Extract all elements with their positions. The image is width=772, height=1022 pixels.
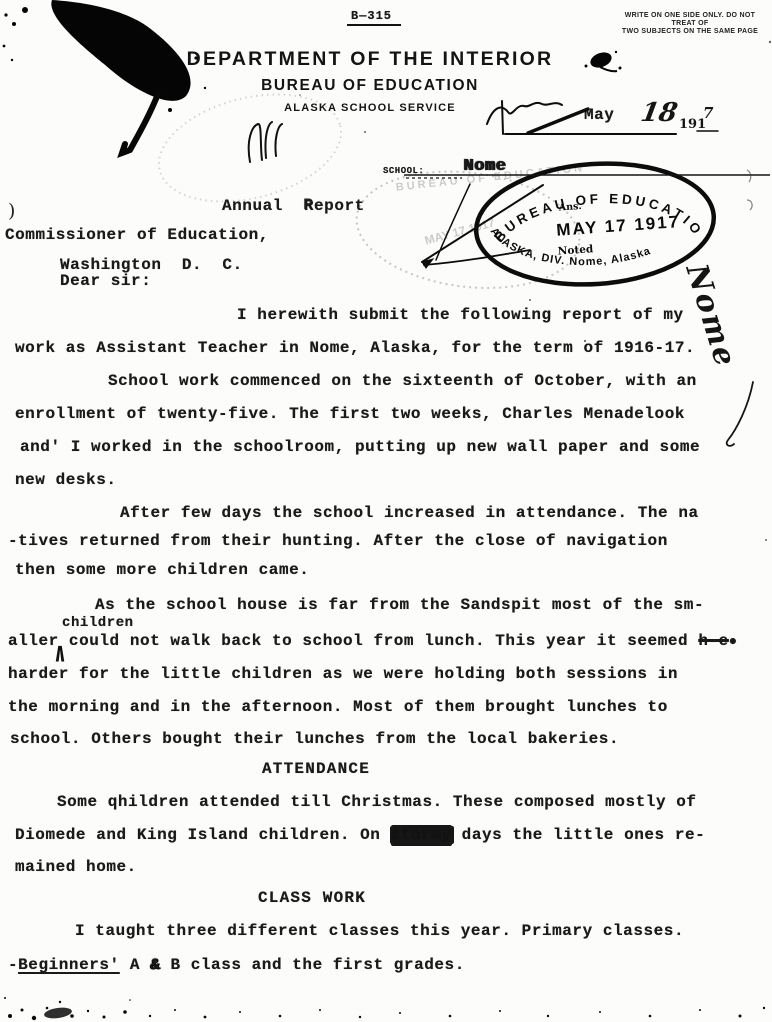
form-number: B—315 <box>351 9 392 23</box>
stamp-ans-text: Ans. <box>557 201 582 214</box>
scanned-letter-page: BUREAU OF EDUCATION MAY 17 1917 B—315 WR… <box>0 0 772 1022</box>
body-line: I herewith submit the following report o… <box>237 306 684 324</box>
body-line-u-fragment: Beginners' <box>18 956 120 974</box>
letterhead-department: DEPARTMENT OF THE INTERIOR <box>0 48 740 71</box>
body-line: harder for the little children as we wer… <box>8 665 678 683</box>
body-line-inked-fragment: & <box>150 956 160 974</box>
body-line: and' I worked in the schoolroom, putting… <box>20 438 700 456</box>
body-line: work as Assistant Teacher in Nome, Alask… <box>15 339 695 357</box>
body-line: -tives returned from their hunting. Afte… <box>8 532 668 550</box>
stray-pen-mark: ) <box>8 200 15 222</box>
body-line: As the school house is far from the Sand… <box>95 596 704 614</box>
body-line-fragment: days the little ones re- <box>452 826 706 844</box>
body-line: new desks. <box>15 471 117 489</box>
body-line: enrollment of twenty-five. The first two… <box>15 405 685 423</box>
body-line-fragment: could not walk back to school from lunch… <box>59 632 699 650</box>
heading-attendance: ATTENDANCE <box>262 760 370 778</box>
margin-note-tail <box>727 382 753 446</box>
body-line-fragment: aller <box>8 632 59 650</box>
letterhead-service: ALASKA SCHOOL SERVICE <box>0 102 740 114</box>
body-line: Diomede and King Island children. On sto… <box>15 826 705 844</box>
body-line: then some more children came. <box>15 561 309 579</box>
school-field-value: Nome <box>463 157 506 176</box>
body-line-fragment: A <box>120 956 150 974</box>
form-instructions: WRITE ON ONE SIDE ONLY. DO NOT TREAT OF … <box>612 12 768 36</box>
body-line: Some qhildren attended till Christmas. T… <box>57 793 697 811</box>
body-line: I taught three different classes this ye… <box>75 922 684 940</box>
body-line-fragment: Diomede and King Island children. On <box>15 826 391 844</box>
date-month: May <box>584 106 614 124</box>
body-line: -Beginners' A & B class and the first gr… <box>8 956 465 974</box>
heading-class-work: CLASS WORK <box>258 889 366 907</box>
form-instruction-line2: TWO SUBJECTS ON THE SAME PAGE <box>612 28 768 36</box>
bottom-scan-noise <box>4 997 765 1020</box>
stamp-date-text: MAY 17 1917 <box>556 212 679 239</box>
addressee-line: Commissioner of Education, <box>5 226 269 244</box>
body-line: the morning and in the afternoon. Most o… <box>8 698 668 716</box>
margin-small-marks <box>747 170 752 210</box>
school-field-label: SCHOOL: <box>383 166 424 176</box>
form-instruction-line1: WRITE ON ONE SIDE ONLY. DO NOT TREAT OF <box>612 12 768 28</box>
body-line: aller could not walk back to school from… <box>8 632 737 650</box>
body-line-fragment: B class and the first grades. <box>160 956 465 974</box>
letterhead-bureau: BUREAU OF EDUCATION <box>0 77 740 95</box>
body-line: After few days the school increased in a… <box>120 504 699 522</box>
title-word1: Annual <box>222 197 303 215</box>
insertion-caret-mark: ∧ <box>54 636 66 668</box>
body-line-fragment: - <box>8 956 18 974</box>
body-line: school. Others bought their lunches from… <box>10 730 619 748</box>
handwritten-year-digit: 7 <box>703 104 713 122</box>
form-number-underline <box>347 24 401 26</box>
pen-scribble-all <box>249 122 282 162</box>
salutation: Dear sir: <box>60 272 151 290</box>
body-line-strike-fragment: h-e <box>698 632 728 650</box>
handwritten-date-day: 18 <box>638 98 679 128</box>
body-line-blob-fragment: ● <box>729 634 737 650</box>
body-line: mained home. <box>15 858 137 876</box>
stamp-noted-text: Noted <box>557 243 594 257</box>
letter-title: Annual RReport <box>222 197 365 215</box>
handwritten-insertion-word: children <box>62 615 134 631</box>
body-line-redact-fragment: stormy <box>391 826 452 844</box>
title-overstruck-letter: R <box>303 196 313 214</box>
body-line: School work commenced on the sixteenth o… <box>108 372 697 390</box>
